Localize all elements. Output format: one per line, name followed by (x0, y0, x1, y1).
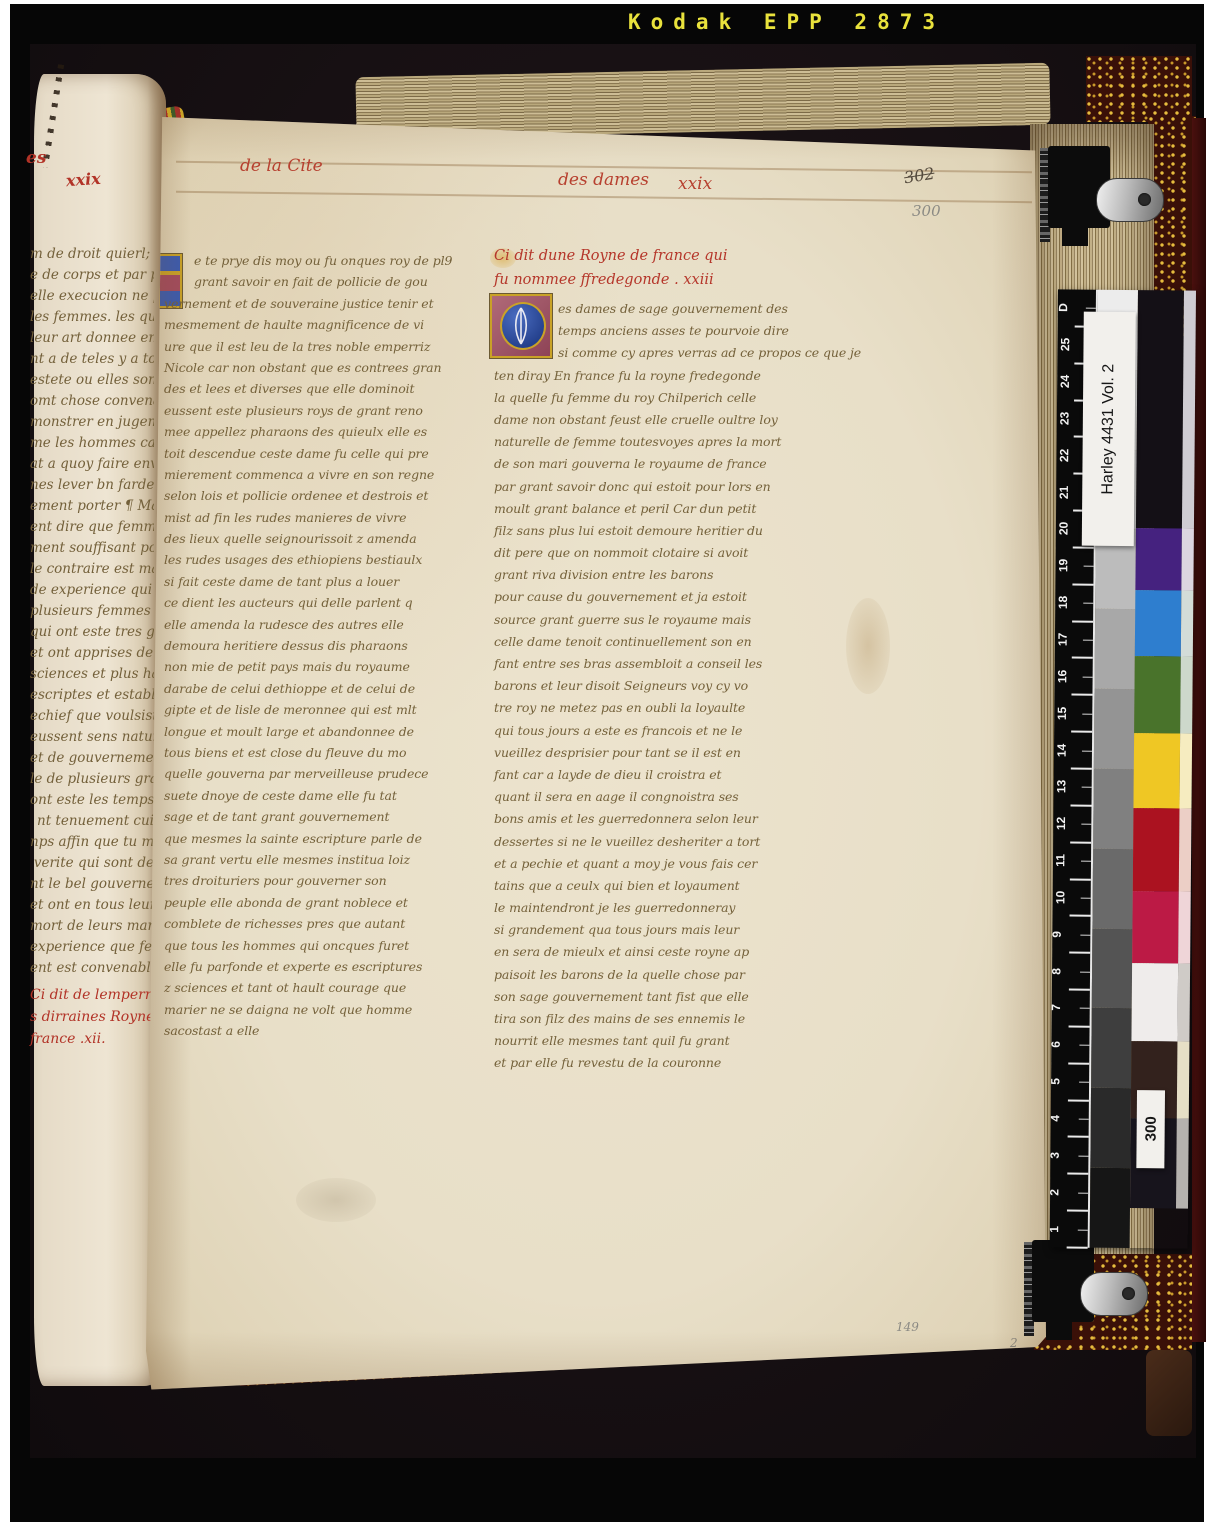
photograph-of-manuscript: Kodak EPP 2873 es xxix m de droit quierl… (0, 0, 1212, 1536)
gilded-binding-top (1086, 56, 1192, 122)
text-line: en sera de mieulx et ainsi ceste royne a… (494, 941, 814, 963)
parchment-stain (296, 1178, 376, 1222)
text-line: barons et leur disoit Seigneurs voy cy v… (494, 675, 814, 697)
gray-step (1092, 849, 1133, 929)
text-line: e te prye dis moy ou fu onques roy de pl… (164, 250, 470, 271)
text-line: qui ont este tres gra (30, 622, 154, 643)
text-line: e de corps et par puissan (30, 265, 154, 286)
text-line: marier ne se daigna ne volt que homme (164, 999, 470, 1020)
tint-patch (1182, 290, 1196, 528)
text-line: es dames de sage gouvernement des (494, 298, 814, 320)
text-line: ement porter ¶ Mau (30, 496, 154, 517)
text-line: si grandement qua tous jours mais leur (494, 919, 814, 941)
text-line: fant entre ses bras assembloit a conseil… (494, 653, 814, 675)
tint-patch (1181, 528, 1194, 590)
text-line: sage et de tant grant gouvernement (164, 806, 470, 827)
text-line: que tous les hommes qui oncques furet (164, 935, 470, 956)
text-line: peuple elle abonda de grant noblece et (164, 892, 470, 913)
text-line: nps affin que tu m (30, 832, 154, 853)
binding-corner (1146, 1350, 1192, 1436)
text-line: sa grant vertu elle mesmes institua loiz (164, 849, 470, 870)
color-patch (1133, 733, 1180, 808)
text-line: elle fu parfonde et experte es escriptur… (164, 956, 470, 977)
folio-number-pencil: 300 (912, 202, 941, 220)
ruler-unit: 2 (1050, 1174, 1088, 1211)
text-line: suete dnoye de ceste dame elle fu tat (164, 785, 470, 806)
gray-step (1094, 689, 1135, 769)
text-line: quelle gouverna par merveilleuse prudece (164, 763, 470, 784)
ruler-unit: 12 (1053, 805, 1091, 842)
film-stock-label: Kodak EPP 2873 (628, 10, 945, 34)
ruler-unit: 9 (1052, 916, 1090, 953)
color-patch (1132, 891, 1179, 963)
text-line: des lieux quelle seignourissoit z amenda (164, 528, 470, 549)
text-line: le de plusieurs gra (30, 769, 154, 790)
text-line: tains que a ceulx qui bien et loyaument (494, 875, 814, 897)
clamp-handle (1096, 178, 1164, 222)
text-line: que mesmes la sainte escripture parle de (164, 828, 470, 849)
color-patch (1135, 528, 1182, 590)
chapter-rubric: Ci dit dune Royne de france quifu nommee… (494, 244, 824, 292)
clamp-handle (1080, 1272, 1148, 1316)
tint-patch (1181, 590, 1194, 656)
ruler-unit: 1 (1050, 1210, 1088, 1247)
folio-label: 300 (1136, 1090, 1165, 1168)
ruler-unit: 4 (1051, 1100, 1089, 1137)
text-line: qui tous jours a este es francois et ne … (494, 720, 814, 742)
text-line: z sciences et tant ot hault courage que (164, 977, 470, 998)
ruler-unit: 3 (1050, 1137, 1088, 1174)
text-line: mesmement de haulte magnificence de vi (164, 314, 470, 335)
text-line: dame non obstant feust elle cruelle oult… (494, 409, 814, 431)
text-line: Nicole car non obstant que es contrees g… (164, 357, 470, 378)
facing-header-fragment: es (26, 148, 46, 168)
text-line: sciences et plus haultes (30, 664, 154, 685)
tint-patch (1179, 808, 1192, 891)
text-line: leur art donnee entend (30, 328, 154, 349)
text-line: toit descendue ceste dame fu celle qui p… (164, 443, 470, 464)
folio-number-ink: 302 (903, 164, 936, 188)
text-line: comblete de richesses pres que autant (164, 913, 470, 934)
running-header-left: de la Cite (240, 156, 323, 176)
text-line: ce dient les aucteurs qui delle parlent … (164, 592, 470, 613)
ruler-unit: 15 (1054, 695, 1092, 732)
tint-patch (1176, 1118, 1189, 1208)
text-line: nt le bel gouverneme (30, 874, 154, 895)
parchment-stain (846, 598, 890, 694)
gray-step (1090, 1168, 1131, 1248)
text-line: paisoit les barons de la quelle chose pa… (494, 964, 814, 986)
rubric-line: s dirraines Roynes (30, 1006, 160, 1028)
ruler-unit: 16 (1054, 658, 1092, 695)
ruler-unit: 7 (1052, 989, 1090, 1026)
text-line: source grant guerre sus le royaume mais (494, 609, 814, 631)
text-line: dit pere que on nommoit clotaire si avoi… (494, 542, 814, 564)
text-line: quant il sera en aage il congnoistra ses (494, 786, 814, 808)
rubric-line: Ci dit de lemperriz (30, 984, 160, 1006)
text-line: moult grant balance et peril Car dun pet… (494, 498, 814, 520)
text-line: tres droituriers pour gouverner son (164, 870, 470, 891)
gray-step (1090, 1088, 1131, 1168)
text-line: experience que femm (30, 937, 154, 958)
text-line: m de droit quierl; les fo (30, 244, 154, 265)
color-patch (1131, 963, 1178, 1041)
text-line: pour cause du gouvernement et ja estoit (494, 586, 814, 608)
facing-page-text: m de droit quierl; les foe de corps et p… (30, 244, 154, 979)
text-line: ent est convenable (30, 958, 154, 979)
pencil-mark: 2 (1010, 1336, 1018, 1350)
text-line: ment souffisant pour (30, 538, 154, 559)
text-line: et ont apprises de tou (30, 643, 154, 664)
shelfmark-label: Harley 4431 Vol. 2 (1082, 312, 1136, 546)
text-line: et ont en tous leurs (30, 895, 154, 916)
text-line: nourrit elle mesmes tant quil fu grant (494, 1030, 814, 1052)
text-line: at a quoy faire envoy (30, 454, 154, 475)
text-line: eussent este plusieurs roys de grant ren… (164, 400, 470, 421)
color-patch (1136, 290, 1184, 528)
tint-patch (1179, 733, 1192, 808)
text-line: le contraire est mati (30, 559, 154, 580)
clamp-tab (1046, 1320, 1072, 1340)
running-header-roman-numeral: xxix (678, 174, 712, 194)
text-line: escriptes et establisse (30, 685, 154, 706)
color-patch (1135, 590, 1182, 656)
text-line: ure que il est leu de la tres noble empe… (164, 336, 470, 357)
text-line: mee appellez pharaons des quieulx elle e… (164, 421, 470, 442)
tint-patch (1180, 656, 1193, 733)
text-line: et de gouvernement (30, 748, 154, 769)
rubric-line: france .xii. (30, 1028, 160, 1050)
text-line: nt tenuement cui (30, 811, 154, 832)
gray-step (1093, 769, 1134, 849)
text-line: nt a de teles y a tout (30, 349, 154, 370)
rubric-line: Ci dit dune Royne de france qui (494, 244, 824, 268)
text-line: temps anciens asses te pourvoie dire (494, 320, 814, 342)
text-line: le maintendront je les guerredonneray (494, 897, 814, 919)
text-line: mist ad fin les rudes manieres de vivre (164, 507, 470, 528)
gray-step (1095, 609, 1136, 689)
tint-patch (1177, 963, 1190, 1041)
color-patch (1134, 656, 1181, 733)
text-line: bons amis et les guerredonnera selon leu… (494, 808, 814, 830)
text-line: plusieurs femmes f (30, 601, 154, 622)
gray-step (1091, 1008, 1132, 1088)
text-line: echief que voulsist p (30, 706, 154, 727)
text-line: dessertes si ne le vueillez desheriter a… (494, 831, 814, 853)
color-calibration-bar: D252423222120191817161514131211109876543… (1050, 289, 1196, 1248)
text-column-1: e te prye dis moy ou fu onques roy de pl… (164, 250, 470, 1041)
facing-folio-roman: xxix (65, 169, 101, 190)
text-line: selon lois et pollicie ordenee et destro… (164, 485, 470, 506)
ruler-unit: 5 (1051, 1063, 1089, 1100)
ruler-unit: 18 (1055, 584, 1093, 621)
text-line: non mie de petit pays mais du royaume (164, 656, 470, 677)
text-line: fant car a layde de dieu il croistra et (494, 764, 814, 786)
text-line: grant savoir en fait de pollicie de gou (164, 271, 470, 292)
text-line: ent dire que femmes (30, 517, 154, 538)
ruler-unit: 19 (1055, 547, 1093, 584)
text-line: vueillez desprisier pour tant se il est … (494, 742, 814, 764)
text-line: elle execucion ne pour (30, 286, 154, 307)
text-line: grant riva division entre les barons (494, 564, 814, 586)
gray-step (1092, 928, 1133, 1008)
text-line: sacostast a elle (164, 1020, 470, 1041)
text-line: si fait ceste dame de tant plus a louer (164, 571, 470, 592)
tint-patch (1178, 891, 1191, 963)
text-line: la quelle fu femme du roy Chilperich cel… (494, 387, 814, 409)
text-line: demoura heritiere dessus dis pharaons (164, 635, 470, 656)
ruler-unit: 11 (1053, 842, 1091, 879)
text-line: celle dame tenoit continuellement son en (494, 631, 814, 653)
text-line: eussent sens naturel (30, 727, 154, 748)
text-line: longue et moult large et abandonnee de (164, 721, 470, 742)
text-line: si comme cy apres verras ad ce propos ce… (494, 342, 814, 364)
header-ruling-line (176, 191, 1032, 203)
text-line: de experience qui au (30, 580, 154, 601)
text-line: de son mari gouverna le royaume de franc… (494, 453, 814, 475)
text-line: elle amenda la rudesce des autres elle (164, 614, 470, 635)
text-line: mierement commenca a vivre en son regne (164, 464, 470, 485)
running-header-center: des dames (558, 170, 649, 190)
clamp-tab (1062, 226, 1088, 246)
ruler-unit: 6 (1051, 1026, 1089, 1063)
text-line: monstrer en jugement (30, 412, 154, 433)
ruler-unit: 13 (1054, 768, 1092, 805)
facing-page-rubric: Ci dit de lemperrizs dirraines Roynesfra… (30, 984, 160, 1050)
text-line: et a pechie et quant a moy je vous fais … (494, 853, 814, 875)
text-line: gipte et de lisle de meronnee qui est ml… (164, 699, 470, 720)
ruler-unit: 17 (1055, 621, 1093, 658)
text-line: tira son filz des mains de ses ennemis l… (494, 1008, 814, 1030)
color-patch (1133, 808, 1180, 891)
text-line: tre roy ne metez pas en oubli la loyault… (494, 697, 814, 719)
text-line: ont este les temps p (30, 790, 154, 811)
text-line: les rudes usages des ethiopiens bestiaul… (164, 549, 470, 570)
text-line: nes lever bn fardel qu (30, 475, 154, 496)
text-line: ten diray En france fu la royne fredegon… (494, 365, 814, 387)
text-line: naturelle de femme toutesvoyes apres la … (494, 431, 814, 453)
text-line: filz sans plus lui estoit demoure heriti… (494, 520, 814, 542)
text-line: les femmes. les quelles (30, 307, 154, 328)
text-line: omt chose convenable (30, 391, 154, 412)
manuscript-page: de la Cite des dames xxix 302 300 e te p… (146, 108, 1046, 1396)
ruler-unit: 14 (1054, 732, 1092, 769)
text-line: tous biens et est close du fleuve du mo (164, 742, 470, 763)
text-line: darabe de celui dethioppe et de celui de (164, 678, 470, 699)
text-line: vernement et de souveraine justice tenir… (164, 293, 470, 314)
text-line: par grant savoir donc qui estoit pour lo… (494, 476, 814, 498)
text-line: son sage gouvernement tant fist que elle (494, 986, 814, 1008)
text-line: des et lees et diverses que elle dominoi… (164, 378, 470, 399)
ruler-unit: 10 (1053, 879, 1091, 916)
rubric-line: fu nommee ffredegonde . xxiii (494, 268, 824, 292)
text-line: mort de leurs maris (30, 916, 154, 937)
tint-patch (1177, 1041, 1190, 1118)
text-line: estete ou elles sont ent (30, 370, 154, 391)
text-line: me les hommes car il (30, 433, 154, 454)
text-column-2: es dames de sage gouvernement destemps a… (494, 298, 814, 1075)
ruler-unit: 8 (1052, 953, 1090, 990)
text-line: et par elle fu revestu de la couronne (494, 1052, 814, 1074)
pencil-mark: 149 (896, 1320, 919, 1334)
text-line: verite qui sont de (30, 853, 154, 874)
